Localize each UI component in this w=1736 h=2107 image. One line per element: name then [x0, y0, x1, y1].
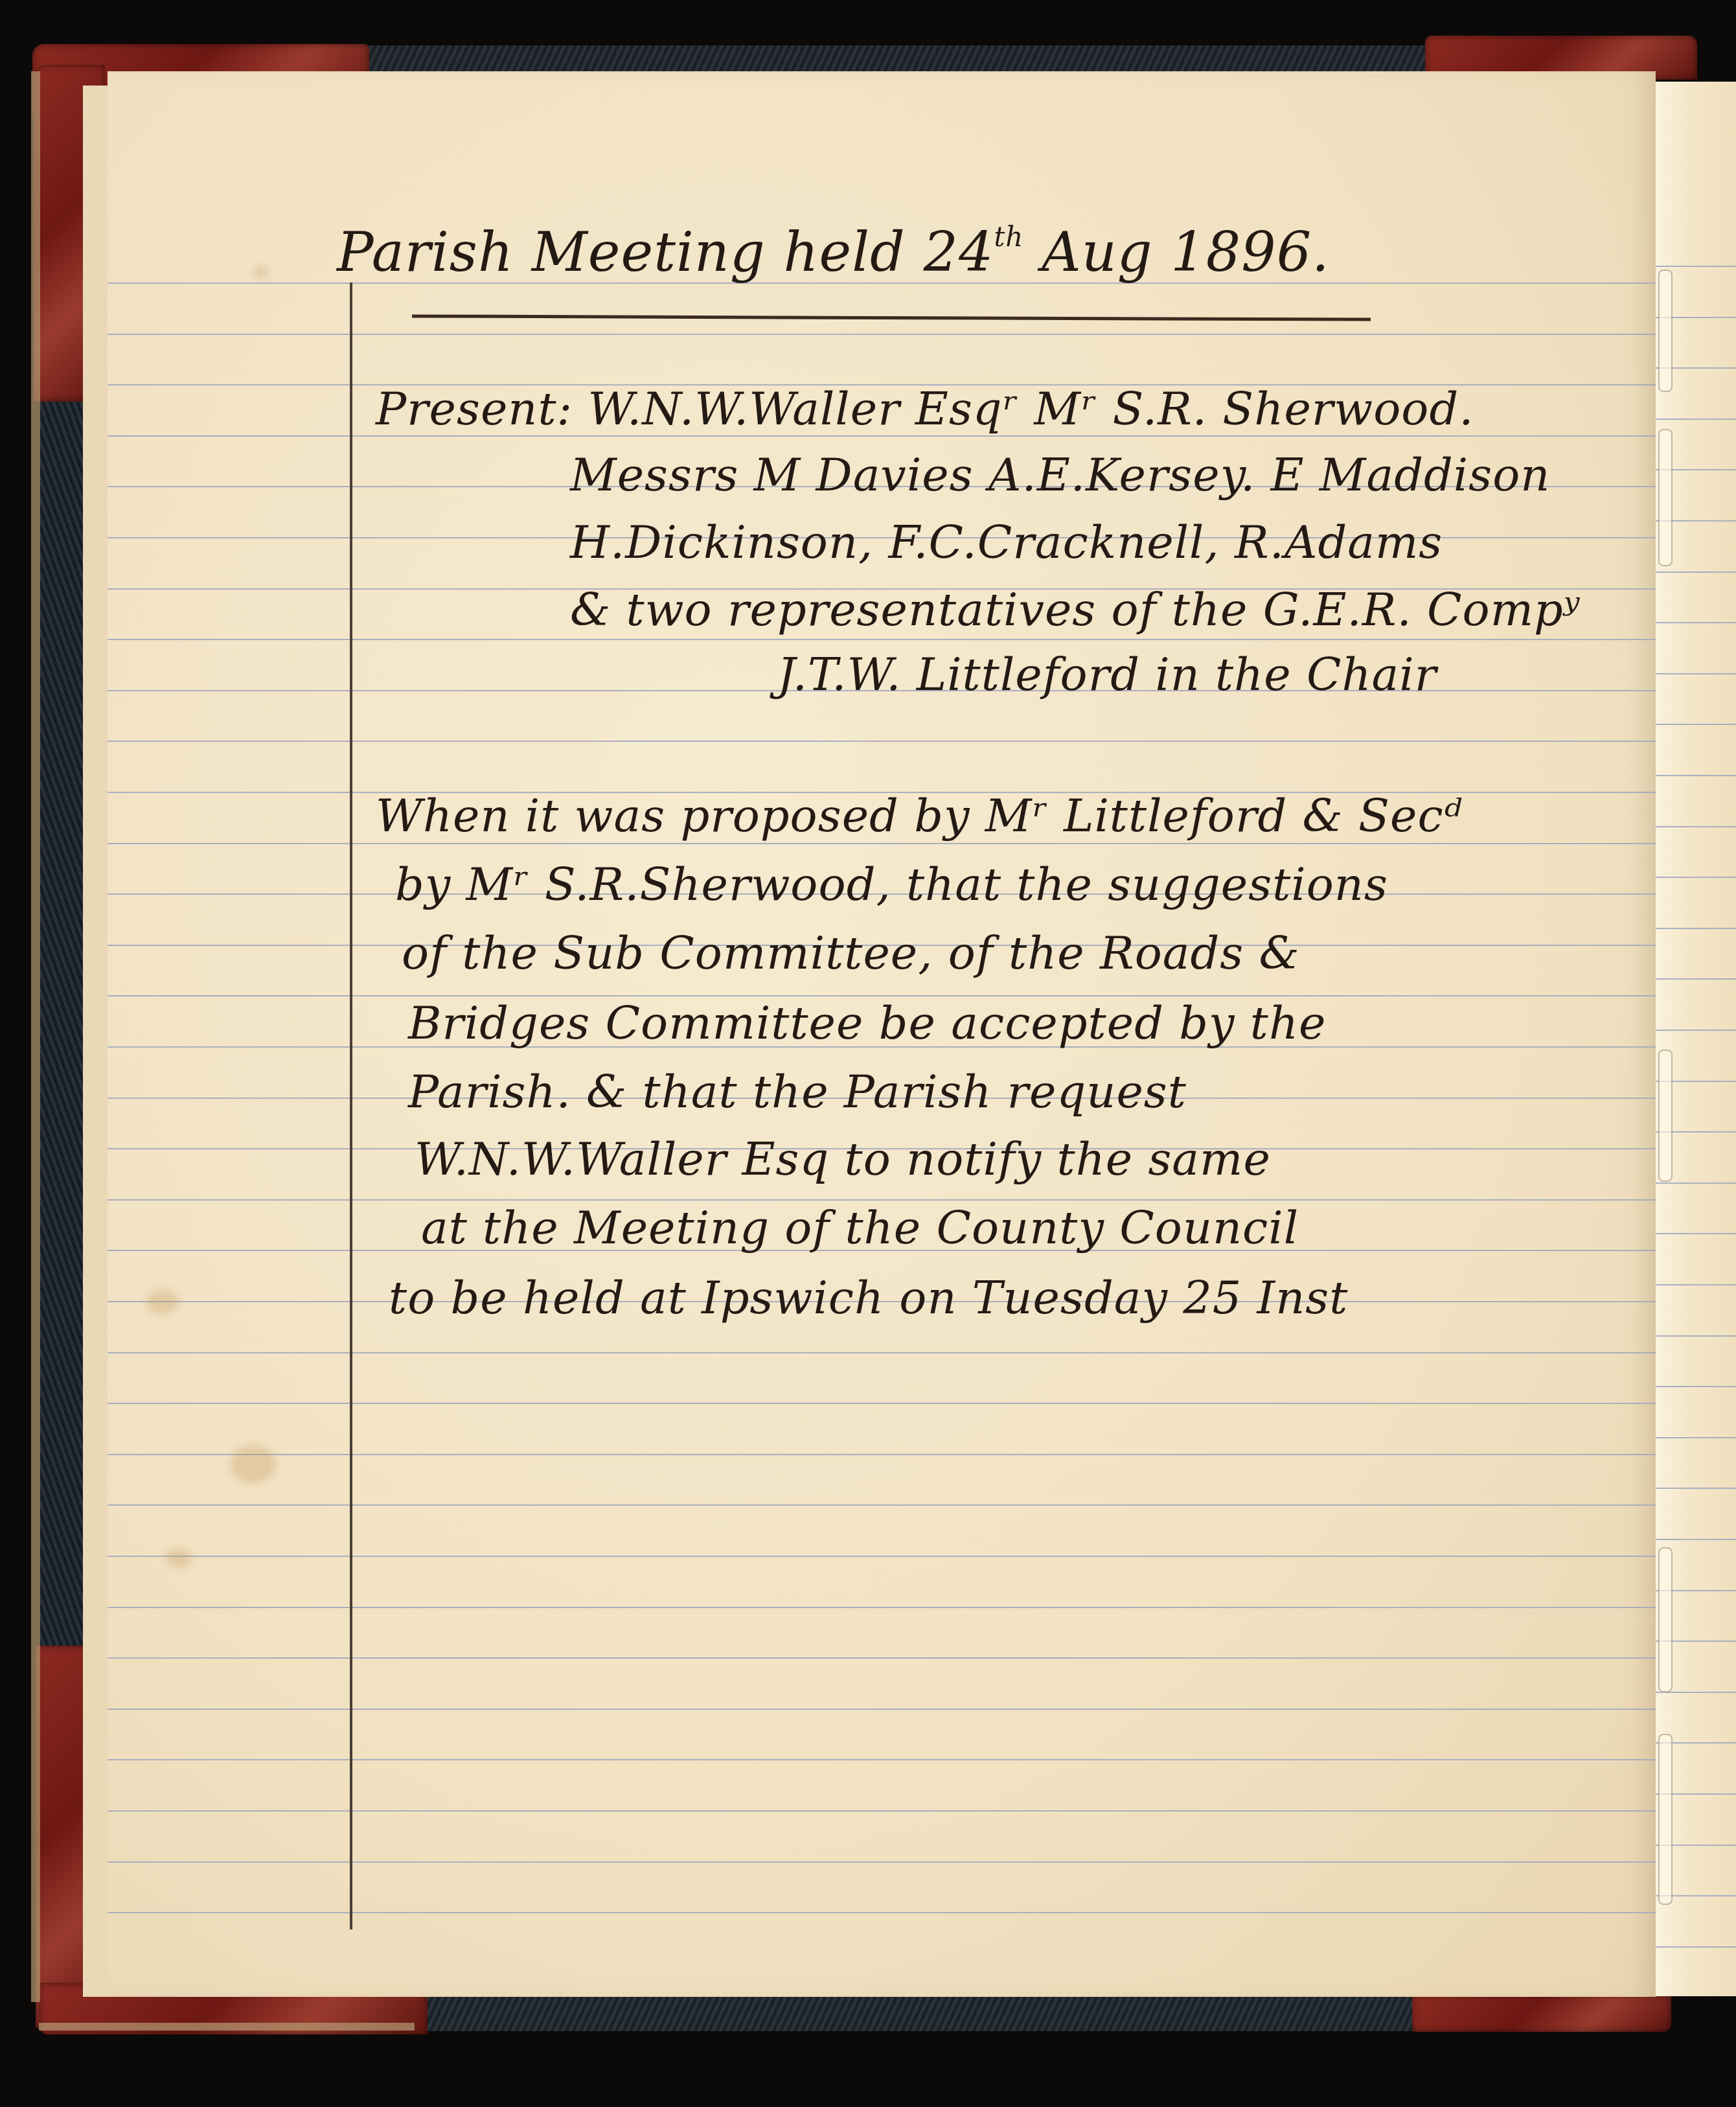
- ruled-line: [108, 639, 1656, 640]
- ruled-line: [108, 1199, 1656, 1201]
- resolution-line: When it was proposed by Mʳ Littleford & …: [376, 789, 1463, 842]
- ruled-line: [1656, 978, 1736, 980]
- ruled-line: [1656, 1284, 1736, 1285]
- ruled-line: [1656, 1437, 1736, 1438]
- frayed-edge-bottom: [39, 2023, 415, 2031]
- ruled-line: [1656, 266, 1736, 267]
- resolution-line: Bridges Committee be accepted by the: [408, 996, 1326, 1050]
- ruled-line: [108, 1861, 1656, 1863]
- ruled-line: [108, 1709, 1656, 1710]
- attendance-line: & two representatives of the G.E.R. Comp…: [570, 583, 1581, 636]
- ruled-line: [108, 1403, 1656, 1404]
- ruled-line: [1656, 1488, 1736, 1489]
- cover-cloth-bottom: [415, 1992, 1425, 2031]
- ruled-line: [108, 1759, 1656, 1760]
- ruled-line: [1656, 1030, 1736, 1031]
- resolution-line: Parish. & that the Parish request: [408, 1065, 1187, 1118]
- ruled-line: [1656, 877, 1736, 878]
- ruled-line: [108, 1810, 1656, 1812]
- resolution-line: to be held at Ipswich on Tuesday 25 Inst: [389, 1271, 1348, 1324]
- facing-page-edge: [1656, 82, 1736, 1996]
- ruled-line: [108, 1657, 1656, 1659]
- foxing-stain: [231, 1445, 276, 1484]
- binding-stitch: [1658, 1547, 1673, 1692]
- ruled-line: [108, 435, 1656, 437]
- attendance-line: H.Dickinson, F.C.Cracknell, R.Adams: [570, 516, 1443, 569]
- ruled-line: [108, 334, 1656, 335]
- ruled-line: [108, 843, 1656, 844]
- resolution-line: at the Meeting of the County Council: [421, 1201, 1299, 1254]
- ruled-line: [1656, 1946, 1736, 1948]
- resolution-line: of the Sub Committee, of the Roads &: [402, 927, 1300, 980]
- ruled-line: [108, 1352, 1656, 1353]
- ruled-line: [1656, 826, 1736, 827]
- leather-corner-bottom-right: [1412, 1994, 1671, 2032]
- ruled-line: [1656, 1539, 1736, 1540]
- ruled-line: [1656, 1335, 1736, 1337]
- ruled-line: [1656, 419, 1736, 420]
- ruled-line: [108, 741, 1656, 742]
- frayed-edge-left: [31, 71, 40, 2002]
- foxing-stain: [254, 266, 268, 279]
- chair-line: J.T.W. Littleford in the Chair: [777, 648, 1437, 701]
- attendance-line: Present: W.N.W.Waller Esqʳ Mʳ S.R. Sherw…: [376, 382, 1474, 435]
- binding-stitch: [1658, 270, 1673, 392]
- ruled-line: [108, 1607, 1656, 1608]
- ruled-line: [1656, 1386, 1736, 1387]
- foxing-stain: [146, 1289, 179, 1314]
- page-title: Parish Meeting held 24th Aug 1896.: [337, 220, 1330, 284]
- binding-stitch: [1658, 1734, 1673, 1905]
- resolution-line: by Mʳ S.R.Sherwood, that the suggestions: [395, 858, 1388, 911]
- ruled-line: [1656, 622, 1736, 623]
- binding-stitch: [1658, 1050, 1673, 1182]
- attendance-line: Messrs M Davies A.E.Kersey. E Maddison: [570, 448, 1550, 501]
- foxing-stain: [166, 1549, 192, 1568]
- ruled-line: [108, 1912, 1656, 1913]
- ruled-line: [1656, 1233, 1736, 1234]
- ruled-line: [1656, 724, 1736, 725]
- ruled-line: [1656, 571, 1736, 573]
- ruled-line: [1656, 928, 1736, 929]
- ruled-line: [108, 1556, 1656, 1557]
- resolution-line: W.N.W.Waller Esq to notify the same: [415, 1133, 1271, 1186]
- ruled-line: [108, 1454, 1656, 1455]
- ordinal-suffix: th: [994, 221, 1023, 253]
- binding-stitch: [1658, 429, 1673, 566]
- ruled-line: [108, 1504, 1656, 1506]
- margin-rule: [350, 282, 352, 1929]
- ruled-line: [1656, 1182, 1736, 1184]
- ruled-line: [1656, 673, 1736, 674]
- ruled-line: [1656, 775, 1736, 776]
